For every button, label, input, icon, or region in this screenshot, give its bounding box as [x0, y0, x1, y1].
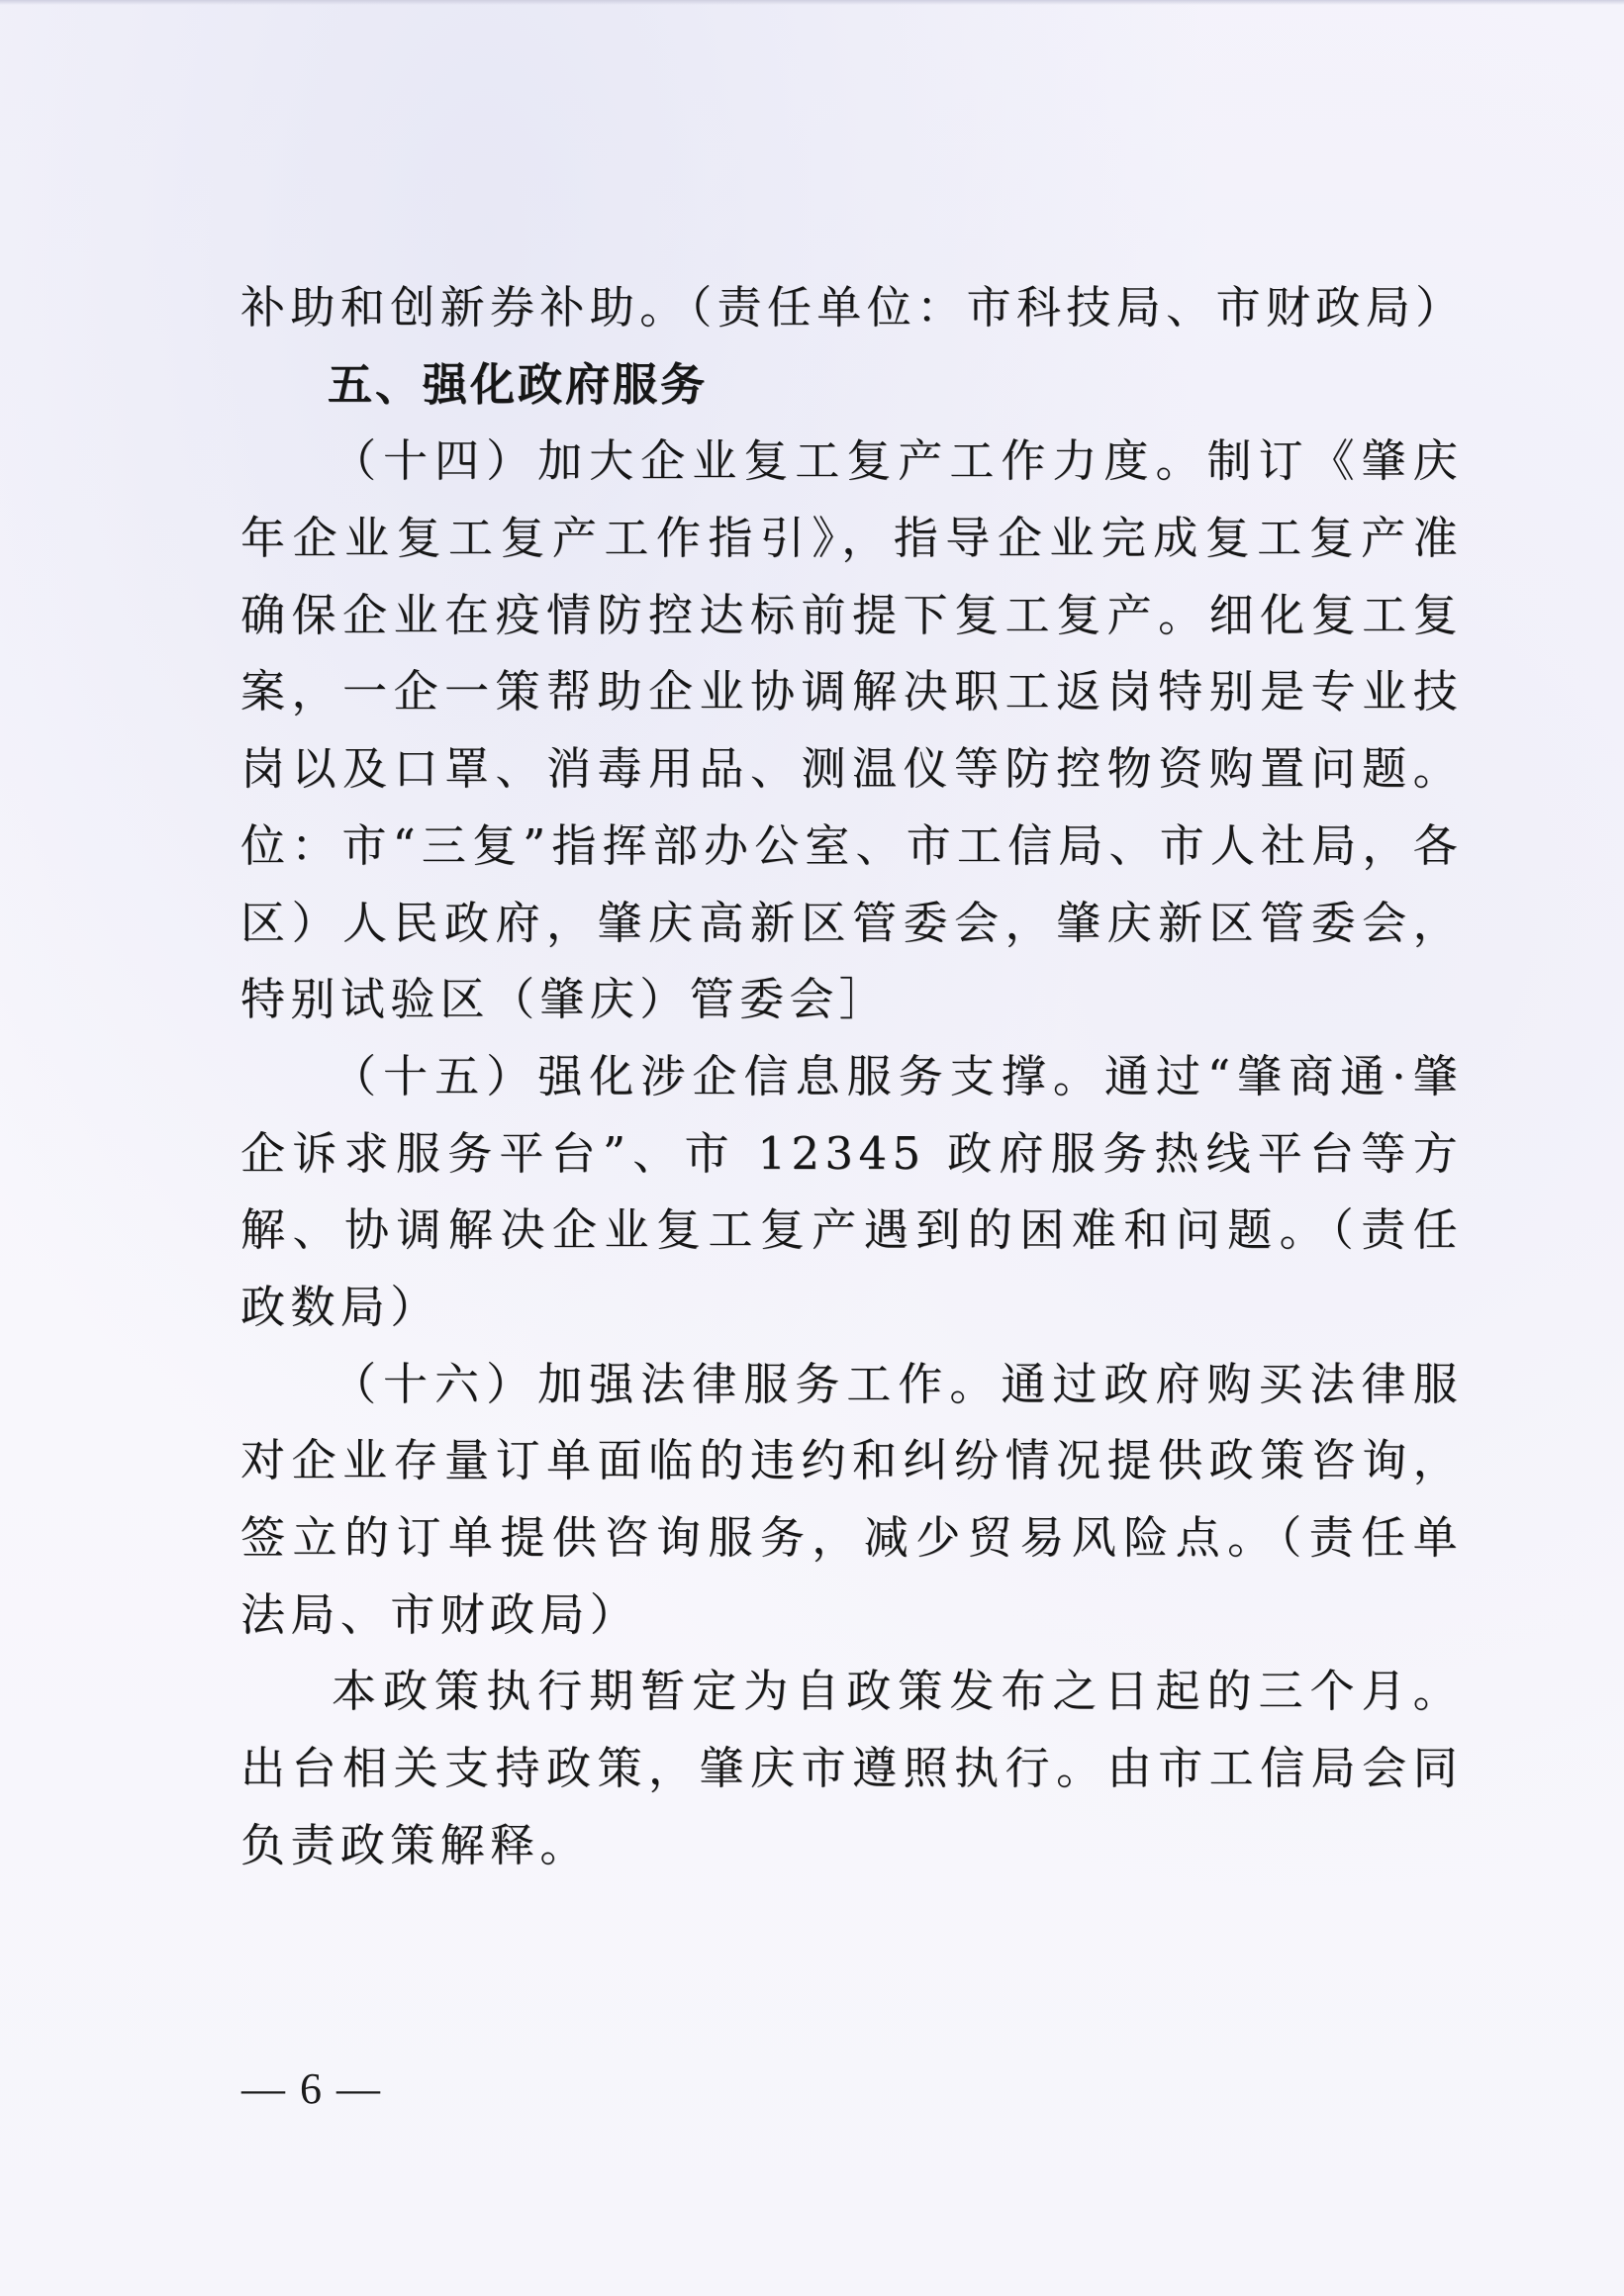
paragraph-line: 位：市“三复”指挥部办公室、市工信局、市人社局，各县（市、	[240, 808, 1463, 885]
paragraph-line: （十六）加强法律服务工作。通过政府购买法律服务等方式，	[240, 1346, 1463, 1423]
scan-top-edge	[0, 0, 1624, 5]
page-number: — 6 —	[241, 2063, 382, 2114]
paragraph-line: 案，一企一策帮助企业协调解决职工返岗特别是专业技术人员返	[240, 653, 1463, 730]
section-heading: 五、强化政府服务	[240, 346, 1463, 424]
paragraph-line: 年企业复工复产工作指引》，指导企业完成复工复产准备工作，	[240, 500, 1463, 577]
paragraph-line: 企诉求服务平台”、市 12345 政府服务热线平台等方式，及时了	[240, 1115, 1463, 1193]
paragraph-line: 特别试验区（肇庆）管委会］	[240, 961, 1463, 1038]
paragraph-line: （十五）强化涉企信息服务支撑。通过“肇商通·肇庆市万	[240, 1038, 1463, 1115]
paragraph-line: 出台相关支持政策，肇庆市遵照执行。由市工信局会同相关部门	[240, 1730, 1463, 1807]
paragraph-line: 对企业存量订单面临的违约和纠纷情况提供政策咨询，对企业新	[240, 1422, 1463, 1499]
paragraph-line: （十四）加大企业复工复产工作力度。制订《肇庆市 2020	[240, 423, 1463, 500]
paragraph-line: 确保企业在疫情防控达标前提下复工复产。细化复工复产保障方	[240, 577, 1463, 654]
text-line: 补助和创新券补助。（责任单位：市科技局、市财政局）	[240, 269, 1463, 346]
paragraph-line: 签立的订单提供咨询服务，减少贸易风险点。（责任单位：市司	[240, 1499, 1463, 1577]
paragraph-line: 政数局）	[240, 1269, 1463, 1346]
paragraph-line: 岗以及口罩、消毒用品、测温仪等防控物资购置问题。［责任单	[240, 730, 1463, 808]
paragraph-line: 解、协调解决企业复工复产遇到的困难和问题。（责任单位：市	[240, 1192, 1463, 1269]
paragraph-line: 负责政策解释。	[240, 1807, 1463, 1884]
document-body: 补助和创新券补助。（责任单位：市科技局、市财政局） 五、强化政府服务 （十四）加…	[240, 269, 1463, 1883]
paragraph-line: 本政策执行期暂定为自政策发布之日起的三个月。中央、省	[240, 1653, 1463, 1730]
paragraph-line: 区）人民政府，肇庆高新区管委会，肇庆新区管委会，粤桂合作	[240, 885, 1463, 962]
paragraph-line: 法局、市财政局）	[240, 1577, 1463, 1654]
